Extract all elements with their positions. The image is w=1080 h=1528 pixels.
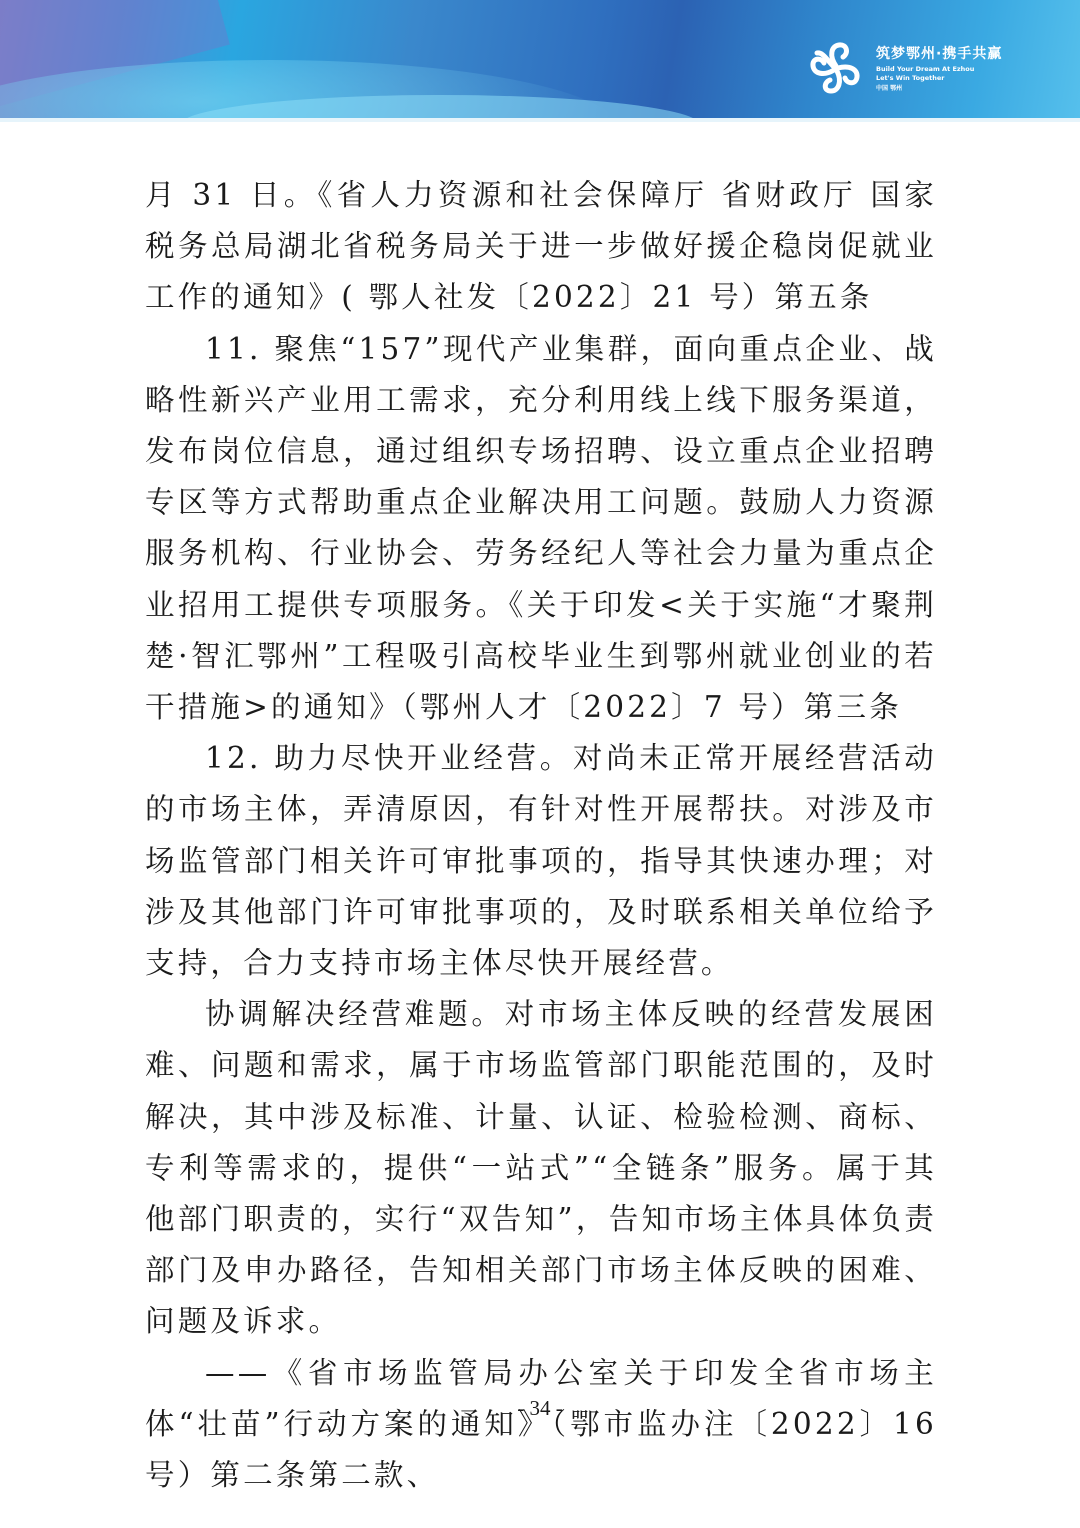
header-banner: 筑梦鄂州·携手共赢 Build Your Dream At Ezhou Let'… bbox=[0, 0, 1080, 122]
paragraph-continuation: 月 31 日。《省人力资源和社会保障厅 省财政厅 国家税务总局湖北省税务局关于进… bbox=[145, 170, 937, 324]
document-body: 月 31 日。《省人力资源和社会保障厅 省财政厅 国家税务总局湖北省税务局关于进… bbox=[145, 170, 937, 1501]
banner-edge bbox=[0, 118, 1080, 122]
slogan-cn: 筑梦鄂州·携手共赢 bbox=[876, 46, 1002, 62]
paragraph-coordinate-difficulties: 协调解决经营难题。对市场主体反映的经营发展困难、问题和需求，属于市场监管部门职能… bbox=[145, 989, 937, 1347]
plum-blossom-logo-icon bbox=[805, 38, 867, 100]
paragraph-item-12: 12. 助力尽快开业经营。对尚未正常开展经营活动的市场主体，弄清原因，有针对性开… bbox=[145, 733, 937, 989]
paragraph-source-citation: ——《省市场监管局办公室关于印发全省市场主体“壮苗”行动方案的通知》（鄂市监办注… bbox=[145, 1348, 937, 1502]
page-number: - 34 - bbox=[0, 1396, 1080, 1421]
paragraph-item-11: 11. 聚焦“157”现代产业集群，面向重点企业、战略性新兴产业用工需求，充分利… bbox=[145, 324, 937, 734]
slogan-en-1: Build Your Dream At Ezhou bbox=[876, 65, 1002, 74]
logo-text: 筑梦鄂州·携手共赢 Build Your Dream At Ezhou Let'… bbox=[876, 46, 1002, 93]
location-label: 中国 鄂州 bbox=[876, 84, 1002, 93]
slogan-en-2: Let's Win Together bbox=[876, 74, 1002, 83]
